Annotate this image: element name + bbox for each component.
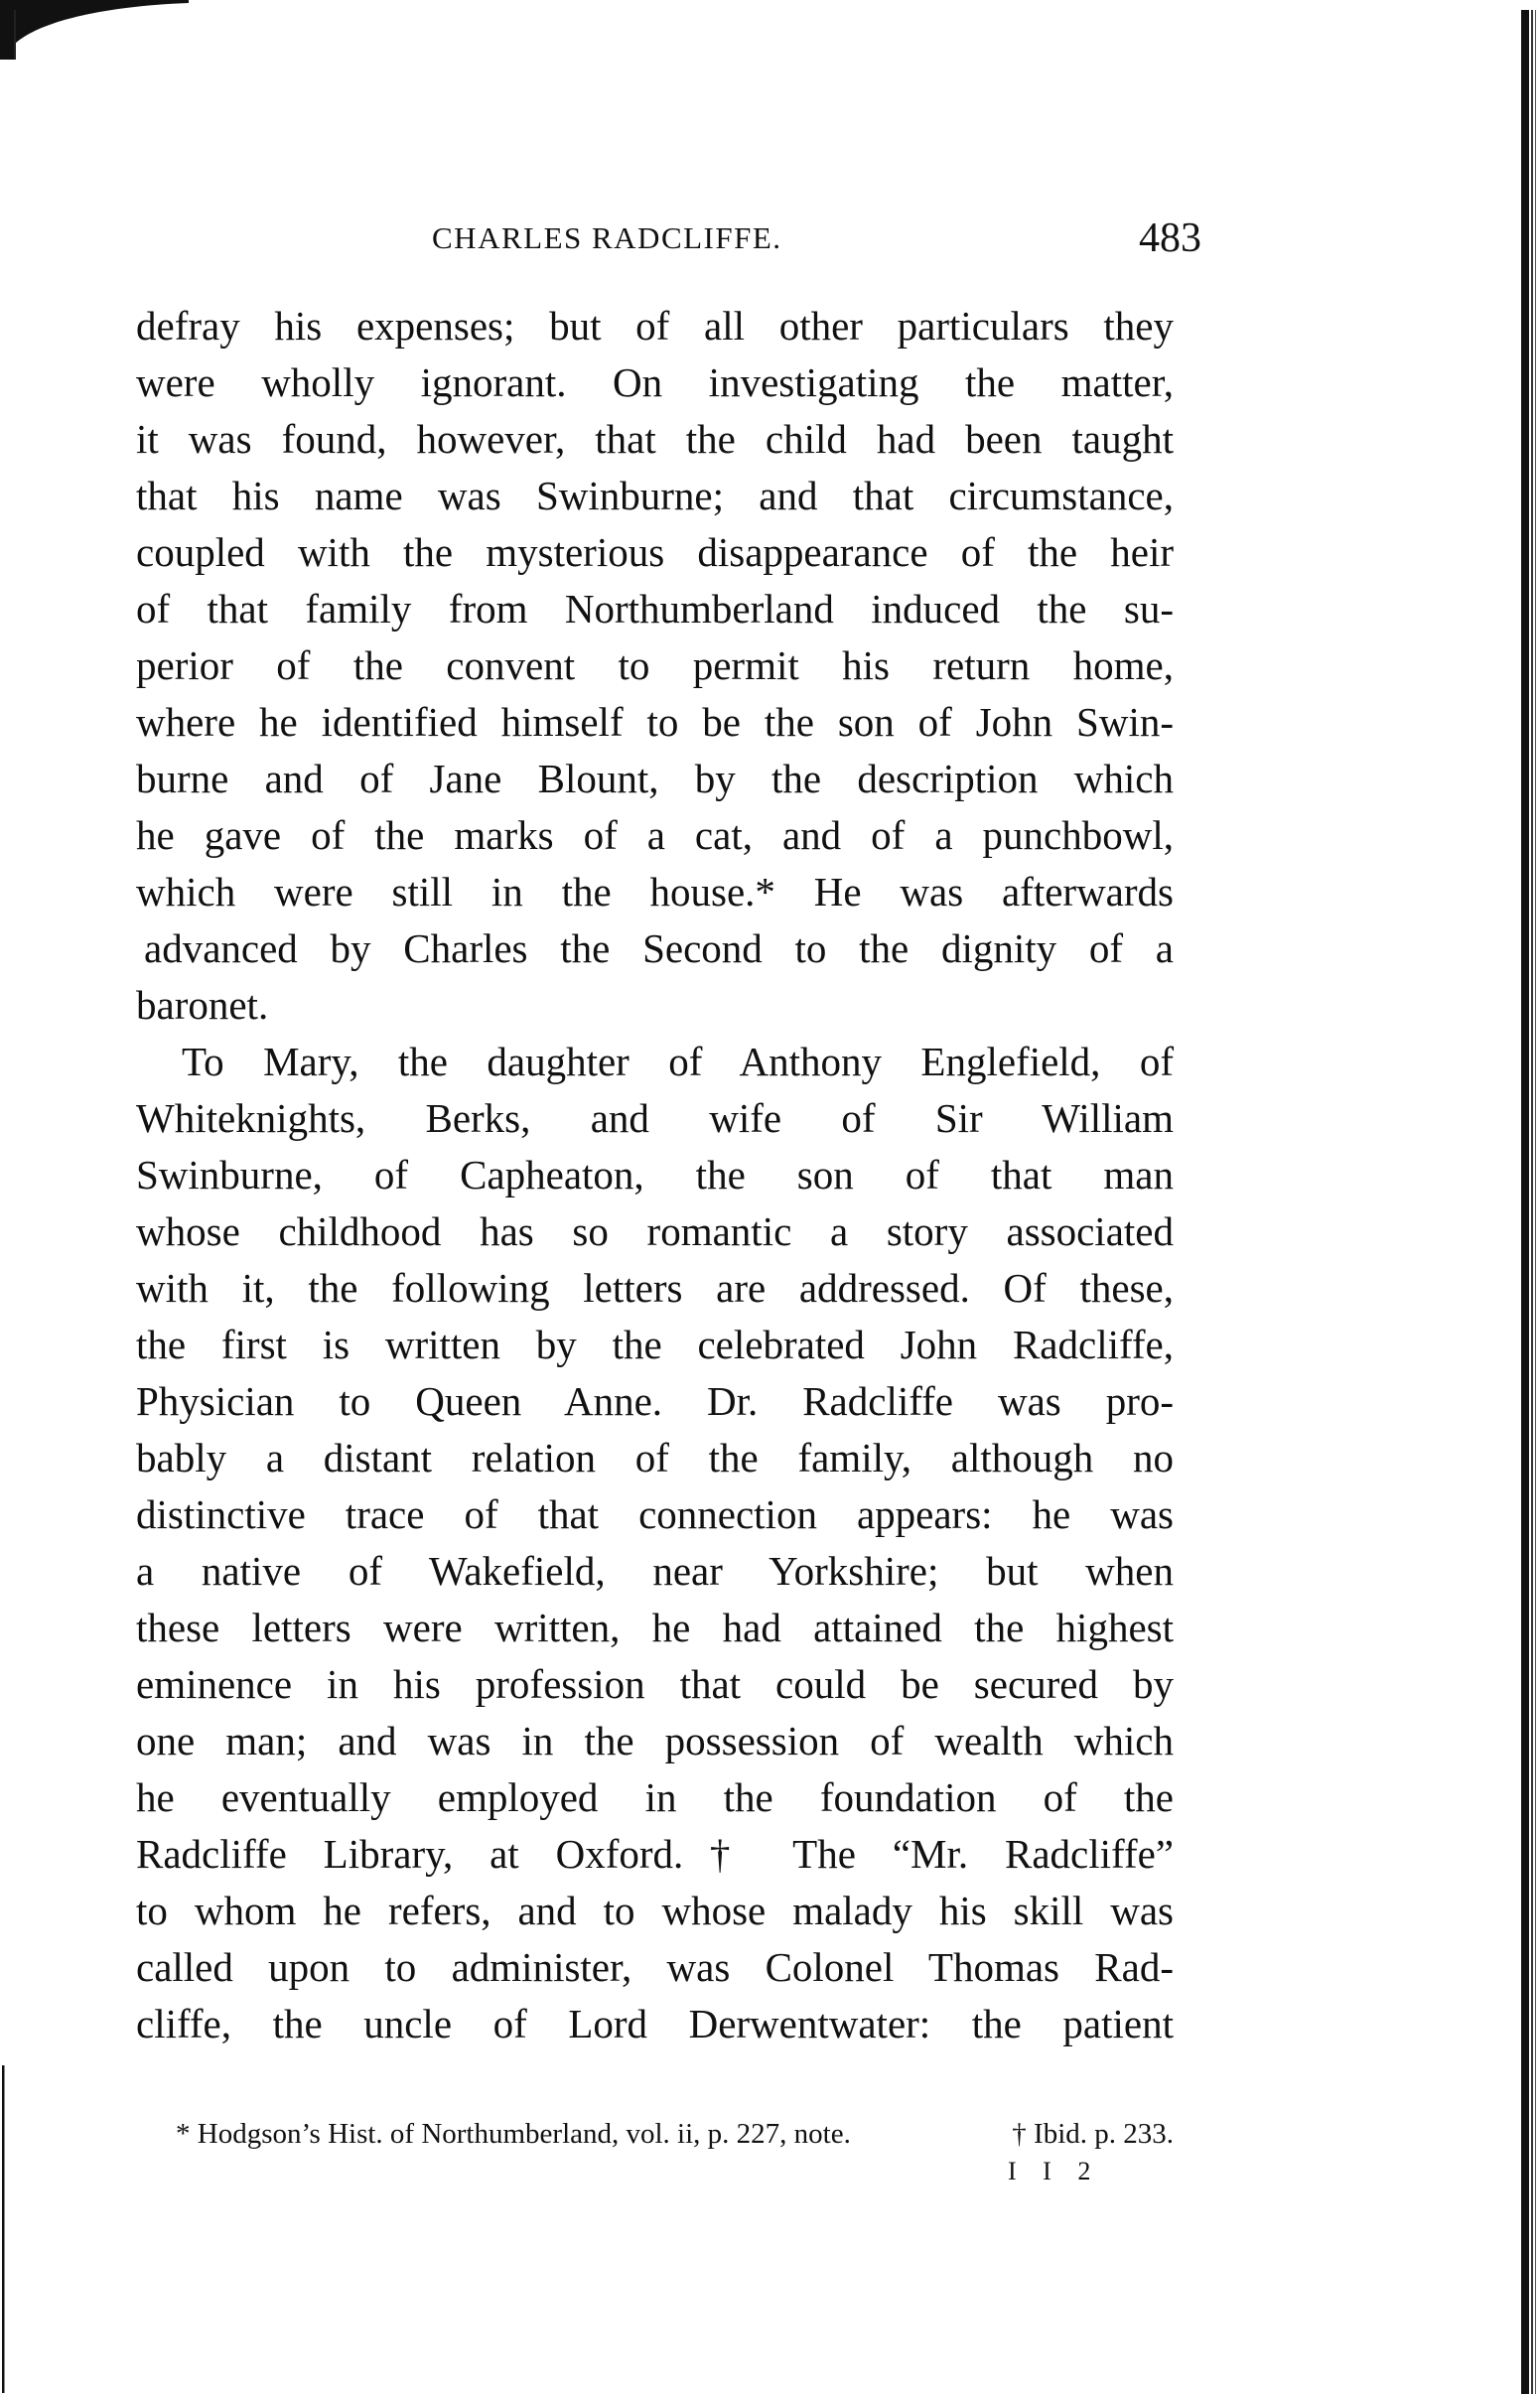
text-line: defray his expenses; but of all other pa… [136, 298, 1174, 354]
text-line: called upon to administer, was Colonel T… [136, 1939, 1174, 1996]
text-line: eminence in his profession that could be… [136, 1656, 1174, 1713]
text-line: one man; and was in the possession of we… [136, 1713, 1174, 1769]
text-line: perior of the convent to permit his retu… [136, 637, 1174, 694]
signature-mark: I I 2 [1008, 2157, 1100, 2186]
text-line: Physician to Queen Anne. Dr. Radcliffe w… [136, 1373, 1174, 1430]
right-binding-edge [1519, 10, 1540, 2394]
running-head: Charles Radcliffe. 483 [432, 220, 1201, 264]
text-line: of that family from Northumberland induc… [136, 581, 1174, 637]
text-line: bably a distant relation of the family, … [136, 1430, 1174, 1486]
body-text: defray his expenses; but of all other pa… [136, 298, 1174, 2052]
running-title: Charles Radcliffe. [432, 220, 782, 256]
text-line-paragraph-end: baronet. [136, 977, 1174, 1034]
text-line: advanced by Charles the Second to the di… [136, 920, 1174, 977]
left-page-edge-top [14, 10, 16, 60]
text-line: to whom he refers, and to whose malady h… [136, 1883, 1174, 1939]
footnote-dagger: † Ibid. p. 233. [1012, 2118, 1174, 2151]
text-line: these letters were written, he had attai… [136, 1600, 1174, 1656]
text-line: Swinburne, of Capheaton, the son of that… [136, 1147, 1174, 1203]
left-page-edge-bottom [2, 2065, 6, 2393]
text-line: with it, the following letters are addre… [136, 1260, 1174, 1317]
text-line: Whiteknights, Berks, and wife of Sir Wil… [136, 1090, 1174, 1147]
text-line: he gave of the marks of a cat, and of a … [136, 807, 1174, 864]
page-number: 483 [1139, 214, 1201, 262]
text-line-paragraph-start: To Mary, the daughter of Anthony Englefi… [136, 1034, 1174, 1090]
text-line: which were still in the house.* He was a… [136, 864, 1174, 920]
text-line: distinctive trace of that connection app… [136, 1486, 1174, 1543]
text-line: that his name was Swinburne; and that ci… [136, 468, 1174, 524]
footnote-asterisk: * Hodgson’s Hist. of Northumberland, vol… [176, 2118, 851, 2151]
text-line: a native of Wakefield, near Yorkshire; b… [136, 1543, 1174, 1600]
text-line: Radcliffe Library, at Oxford.† The “Mr. … [136, 1826, 1174, 1883]
text-line: whose childhood has so romantic a story … [136, 1203, 1174, 1260]
text-line: coupled with the mysterious disappearanc… [136, 524, 1174, 581]
scanned-book-page: Charles Radcliffe. 483 defray his expens… [0, 0, 1540, 2394]
text-line: cliffe, the uncle of Lord Derwentwater: … [136, 1996, 1174, 2052]
text-line: were wholly ignorant. On investigating t… [136, 354, 1174, 411]
page-corner-shadow [0, 0, 189, 60]
text-line: burne and of Jane Blount, by the descrip… [136, 751, 1174, 807]
text-line: where he identified himself to be the so… [136, 694, 1174, 751]
text-line: it was found, however, that the child ha… [136, 411, 1174, 468]
text-line: the first is written by the celebrated J… [136, 1317, 1174, 1373]
text-line: he eventually employed in the foundation… [136, 1769, 1174, 1826]
